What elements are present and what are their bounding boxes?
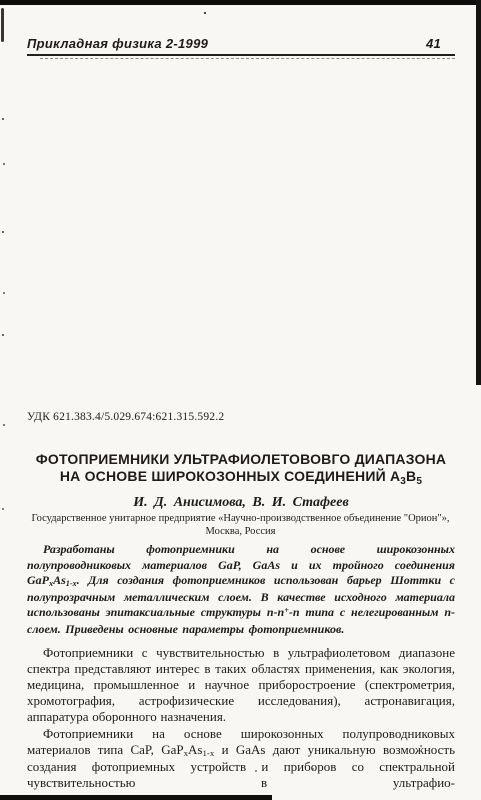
scan-edge-bottom (0, 795, 272, 800)
affiliation-line2: Москва, Россия (206, 526, 276, 537)
body-paragraph-1: Фотоприемники с чувствительностью в ульт… (27, 645, 455, 726)
header-rule (27, 54, 455, 56)
abstract-text-2: As (53, 573, 66, 587)
header-rule-shadow (40, 58, 455, 59)
formula-subscript-1-x: 1-x (66, 579, 77, 588)
formula-subscript-x-2: x (184, 748, 188, 758)
title-line2-text-b: B (406, 468, 416, 484)
body-p2-text-2: As (188, 742, 202, 757)
formula-subscript-x: x (49, 579, 53, 588)
article-title-line1: ФОТОПРИЕМНИКИ УЛЬТРАФИОЛЕТОВОВГО ДИАПАЗО… (36, 451, 446, 467)
article-title-line2: НА ОСНОВЕ ШИРОКОЗОННЫХ СОЕДИНЕНИЙ A3B5 (60, 468, 422, 484)
journal-title: Прикладная физика 2-1999 (27, 36, 208, 51)
body-paragraph-2: Фотоприемники на основе широкозонных пол… (27, 726, 455, 792)
title-formula-subscript-3: 3 (400, 476, 406, 487)
abstract-paragraph: Разработаны фотоприемники на основе широ… (27, 542, 455, 638)
authors-line: И. Д. Анисимова, В. И. Стафеев (27, 495, 455, 511)
title-line2-text: НА ОСНОВЕ ШИРОКОЗОННЫХ СОЕДИНЕНИЙ A (60, 468, 400, 484)
affiliation: Государственное унитарное предприятие «Н… (0, 513, 481, 538)
scanned-journal-page: Прикладная физика 2-1999 41 УДК 621.383.… (0, 0, 481, 800)
scan-noise-specks (0, 0, 2, 2)
article-title: ФОТОПРИЕМНИКИ УЛЬТРАФИОЛЕТОВОВГО ДИАПАЗО… (27, 451, 455, 487)
udk-code: УДК 621.383.4/5.029.674:621.315.592.2 (27, 411, 224, 423)
scan-edge-right (476, 0, 481, 385)
text-column: Разработаны фотоприемники на основе широ… (27, 542, 455, 791)
scan-left-margin-mark (1, 8, 4, 42)
scan-edge-top (0, 0, 481, 5)
formula-subscript-1-x-2: 1-x (203, 748, 215, 758)
affiliation-line1: Государственное унитарное предприятие «Н… (31, 513, 449, 524)
running-header: Прикладная физика 2-1999 41 (27, 36, 455, 51)
formula-superscript-plus: + (284, 606, 289, 615)
page-number: 41 (426, 36, 441, 51)
title-formula-subscript-5: 5 (416, 476, 422, 487)
